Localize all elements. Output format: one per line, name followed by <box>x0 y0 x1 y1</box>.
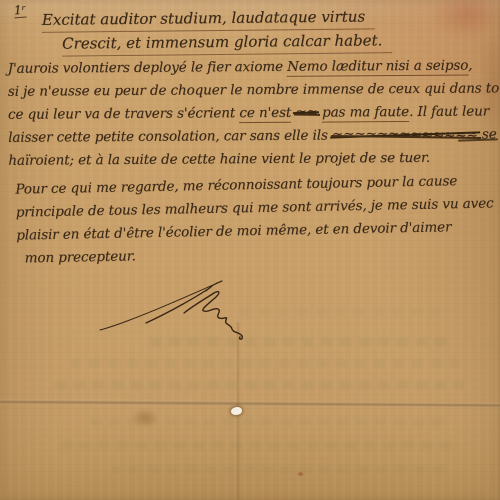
text-line: haïroient; et à la suite de cette haine … <box>8 146 500 173</box>
text-line: laisser cette petite consolation, car sa… <box>8 123 500 150</box>
latin-epigraph: Excitat auditor studium, laudataque virt… <box>42 5 393 57</box>
text-line: si je n'eusse eu peur de choquer le nomb… <box>8 77 500 104</box>
paragraph-second: Pour ce qui me regarde, me réconnoissant… <box>15 169 494 270</box>
text-segment: haïroient; et à la suite de cette haine … <box>8 150 430 169</box>
text-line: ce qui leur va de travers s'écrient ce n… <box>8 100 500 127</box>
folio-mark: 1ʳ <box>13 3 26 19</box>
text-line: J'aurois volontiers deployé le fier axio… <box>8 54 500 81</box>
bleedthrough-ghost <box>70 359 460 367</box>
text-segment: si je n'eusse eu peur de choquer le nomb… <box>8 80 500 100</box>
fold-crease-horizontal <box>0 399 500 407</box>
manuscript-page: 1ʳ Excitat auditor studium, laudataque v… <box>0 0 500 500</box>
rust-spot <box>297 471 304 477</box>
signature-flourish <box>96 272 271 344</box>
bleedthrough-ghost <box>60 442 460 450</box>
text-segment: laisser cette petite consolation, car sa… <box>8 128 332 146</box>
epigraph-line-1: Excitat auditor studium, laudataque virt… <box>42 5 375 32</box>
underlined-phrase: Nemo læditur nisi a seipso <box>287 58 468 77</box>
scratched-out-word: ≈≈ <box>295 105 318 121</box>
bleedthrough-ghost <box>110 466 450 474</box>
paper-hole <box>231 407 242 415</box>
underlined-phrase: ce n'est <box>239 105 291 123</box>
text-segment: J'aurois volontiers deployé le fier axio… <box>8 59 288 77</box>
scratched-out-word: ≈≈≈≈≈≈≈≈≈≈≈≈≈ <box>332 126 478 143</box>
bleedthrough-ghost <box>55 381 465 389</box>
paragraph-first: J'aurois volontiers deployé le fier axio… <box>8 54 500 173</box>
epigraph-line-2: Crescit, et immensum gloria calcar habet… <box>62 29 392 56</box>
ink-blot-stain <box>132 408 158 428</box>
text-segment: , <box>468 58 472 74</box>
text-segment: . Il faut leur <box>409 103 489 120</box>
text-segment: mon precepteur. <box>25 248 136 266</box>
text-segment: ce qui leur va de travers s'écrient <box>8 105 240 123</box>
underlined-phrase: pas ma faute <box>322 104 409 123</box>
